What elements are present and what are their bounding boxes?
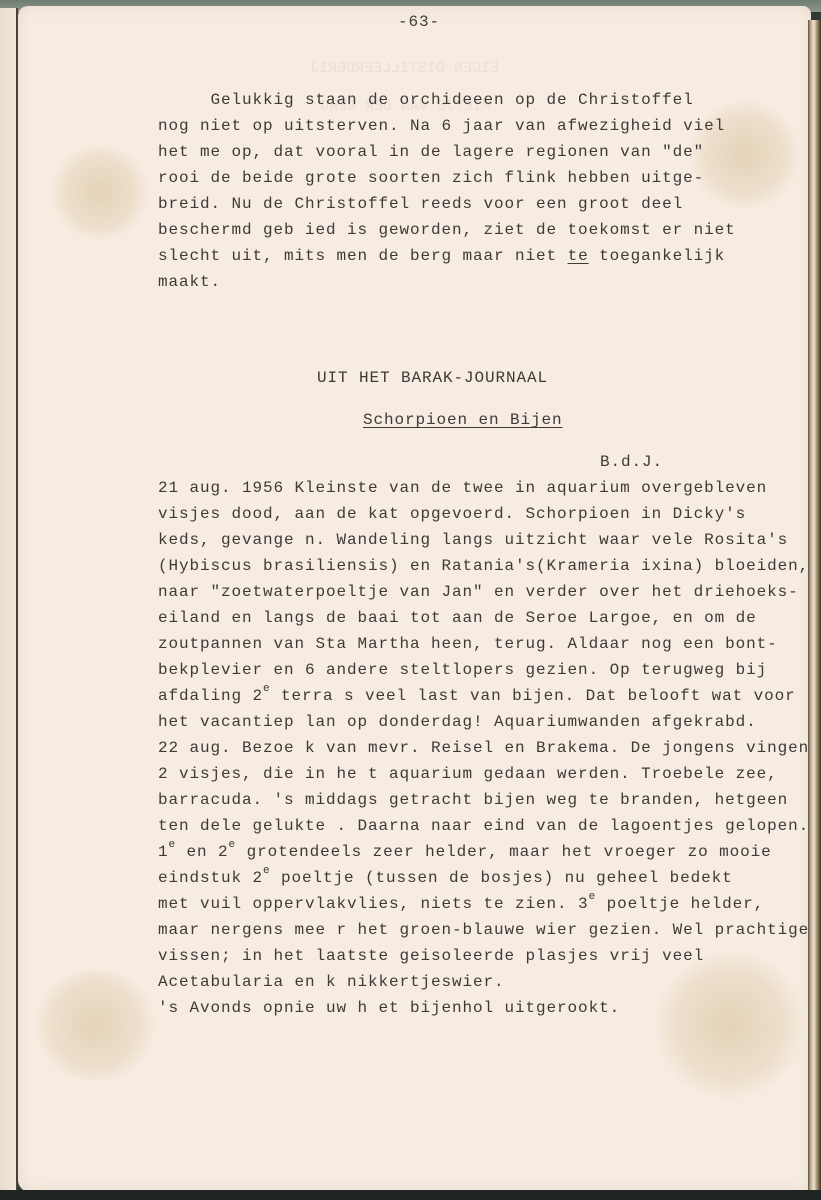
intro-line: maakt.	[158, 273, 221, 291]
line-text: afdaling 2	[158, 687, 263, 705]
author-initials: B.d.J.	[600, 453, 663, 471]
journal-line: met vuil oppervlakvlies, niets te zien. …	[158, 895, 764, 913]
line-text: en 2	[176, 843, 229, 861]
journal-line: visjes dood, aan de kat opgevoerd. Schor…	[158, 505, 746, 523]
line-text: grotendeels zeer helder, maar het vroege…	[236, 843, 772, 861]
journal-line: keds, gevange n. Wandeling langs uitzich…	[158, 531, 788, 549]
ordinal-superscript: e	[169, 839, 177, 851]
page-text: -63- Gelukkig staan de orchideeen op de …	[0, 0, 821, 1200]
underlined-word: te	[568, 247, 589, 265]
journal-line: afdaling 2e terra s veel last van bijen.…	[158, 687, 796, 705]
journal-line: het vacantiep lan op donderdag! Aquarium…	[158, 713, 757, 731]
journal-line: eiland en langs de baai tot aan de Seroe…	[158, 609, 757, 627]
line-text: poeltje helder,	[596, 895, 764, 913]
intro-line: het me op, dat vooral in de lagere regio…	[158, 143, 704, 161]
ordinal-superscript: e	[263, 865, 271, 877]
journal-line: vissen; in het laatste geisoleerde plasj…	[158, 947, 704, 965]
page-number: -63-	[398, 13, 440, 31]
intro-line: breid. Nu de Christoffel reeds voor een …	[158, 195, 683, 213]
journal-line: ten dele gelukte . Daarna naar eind van …	[158, 817, 809, 835]
journal-line: 1e en 2e grotendeels zeer helder, maar h…	[158, 843, 772, 861]
article-subtitle: Schorpioen en Bijen	[363, 411, 563, 429]
journal-line: 21 aug. 1956 Kleinste van de twee in aqu…	[158, 479, 767, 497]
journal-line: bekplevier en 6 andere steltlopers gezie…	[158, 661, 767, 679]
intro-line: rooi de beide grote soorten zich flink h…	[158, 169, 704, 187]
line-text: met vuil oppervlakvlies, niets te zien. …	[158, 895, 589, 913]
journal-line: eindstuk 2e poeltje (tussen de bosjes) n…	[158, 869, 733, 887]
journal-line: maar nergens mee r het groen-blauwe wier…	[158, 921, 809, 939]
line-text: eindstuk 2	[158, 869, 263, 887]
section-title: UIT HET BARAK-JOURNAAL	[317, 369, 548, 387]
journal-line: 22 aug. Bezoe k van mevr. Reisel en Brak…	[158, 739, 809, 757]
intro-line: Gelukkig staan de orchideeen op de Chris…	[158, 91, 694, 109]
journal-line: (Hybiscus brasiliensis) en Ratania's(Kra…	[158, 557, 809, 575]
line-text: terra s veel last van bijen. Dat belooft…	[271, 687, 796, 705]
ordinal-superscript: e	[229, 839, 237, 851]
journal-line: 2 visjes, die in he t aquarium gedaan we…	[158, 765, 778, 783]
journal-line: zoutpannen van Sta Martha heen, terug. A…	[158, 635, 778, 653]
intro-line: nog niet op uitsterven. Na 6 jaar van af…	[158, 117, 725, 135]
line-text: poeltje (tussen de bosjes) nu geheel bed…	[271, 869, 733, 887]
intro-line-tail: toegankelijk	[589, 247, 726, 265]
journal-line: 's Avonds opnie uw h et bijenhol uitgero…	[158, 999, 620, 1017]
intro-line: beschermd geb ied is geworden, ziet de t…	[158, 221, 736, 239]
journal-line: barracuda. 's middags getracht bijen weg…	[158, 791, 788, 809]
journal-line: naar "zoetwaterpoeltje van Jan" en verde…	[158, 583, 799, 601]
ordinal-superscript: e	[263, 683, 271, 695]
line-text: 1	[158, 843, 169, 861]
ordinal-superscript: e	[589, 891, 597, 903]
intro-line: slecht uit, mits men de berg maar niet t…	[158, 247, 725, 265]
intro-line-text: slecht uit, mits men de berg maar niet	[158, 247, 568, 265]
journal-line: Acetabularia en k nikkertjeswier.	[158, 973, 505, 991]
